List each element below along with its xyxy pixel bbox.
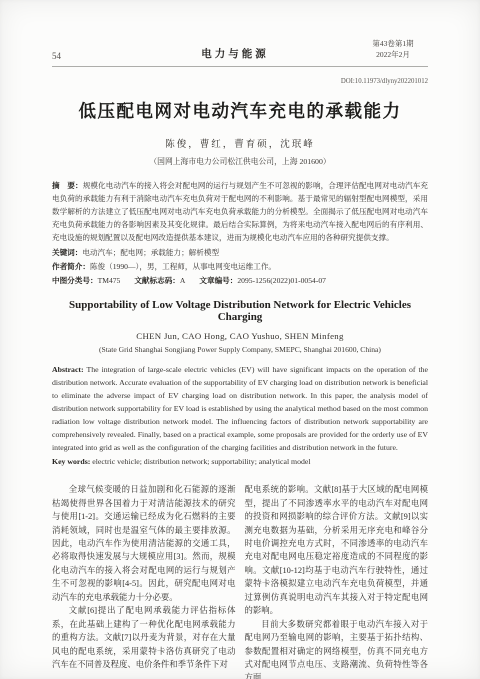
issue-info: 第43卷第1期 2022年2月: [358, 38, 428, 61]
keywords-en-label: Key words:: [52, 457, 90, 466]
body-columns: 全球气候变暖的日益加剧和化石能源的逐渐枯竭使得世界各国着力于对清洁能源技术的研究…: [52, 483, 428, 679]
keywords-cn: 关键词：电动汽车；配电网；承载能力；解析模型: [52, 246, 428, 259]
page-number: 54: [52, 51, 112, 61]
author-bio-text: 陈俊（1990—），男，工程师，从事电网变电运维工作。: [90, 262, 276, 271]
keywords-en-text: electric vehicle; distribution network; …: [92, 457, 310, 466]
article-id-label: 文章编号：: [199, 276, 237, 285]
issue-volume: 第43卷第1期: [358, 38, 428, 49]
body-paragraph: 文献[6]提出了配电网承载能力评估指标体系，在此基础上建构了一种优化配电网承载能…: [52, 604, 236, 671]
journal-title: 电力与能源: [112, 46, 358, 61]
issue-date: 2022年2月: [358, 49, 428, 60]
keywords-cn-label: 关键词：: [52, 248, 82, 257]
affiliation-en: (State Grid Shanghai Songjiang Power Sup…: [52, 345, 428, 354]
scanned-paper-page: 54 电力与能源 第43卷第1期 2022年2月 DOI:10.11973/dl…: [0, 0, 480, 679]
running-header: 54 电力与能源 第43卷第1期 2022年2月: [52, 38, 428, 67]
left-column: 全球气候变暖的日益加剧和化石能源的逐渐枯竭使得世界各国着力于对清洁能源技术的研究…: [52, 483, 236, 679]
right-column: 配电系统的影响。文献[8]基于大区域的配电网模型，提出了不同渗透率水平的电动汽车…: [245, 483, 429, 679]
article-id-value: 2095-1256(2022)01-0054-07: [237, 276, 326, 285]
body-paragraph: 全球气候变暖的日益加剧和化石能源的逐渐枯竭使得世界各国着力于对清洁能源技术的研究…: [52, 483, 236, 604]
abstract-cn-label: 摘 要：: [52, 181, 83, 190]
abstract-en-text: The integration of large-scale electric …: [52, 365, 428, 452]
abstract-cn: 摘 要：规模化电动汽车的接入将会对配电网的运行与规划产生不可忽视的影响，合理评估…: [52, 179, 428, 245]
clc-value: TM475: [98, 276, 121, 285]
doc-code-value: A: [180, 276, 185, 285]
authors-cn: 陈俊，曹红，曹育硕，沈珉峰: [52, 136, 428, 150]
page-content: 54 电力与能源 第43卷第1期 2022年2月 DOI:10.11973/dl…: [52, 38, 428, 679]
abstract-cn-text: 规模化电动汽车的接入将会对配电网的运行与规划产生不可忽视的影响，合理评估配电网对…: [52, 181, 428, 243]
body-paragraph: 目前大多数研究都着眼于电动汽车接入对于配电网乃至输电网的影响，主要基于拓扑结构、…: [245, 618, 429, 679]
doi: DOI:10.11973/dlyny202201012: [52, 78, 428, 85]
clc-label: 中图分类号：: [52, 276, 98, 285]
authors-en: CHEN Jun, CAO Hong, CAO Yushuo, SHEN Min…: [52, 331, 428, 341]
affiliation-cn: （国网上海市电力公司松江供电公司，上海 201600）: [52, 156, 428, 167]
body-paragraph: 配电系统的影响。文献[8]基于大区域的配电网模型，提出了不同渗透率水平的电动汽车…: [245, 483, 429, 617]
author-bio-label: 作者简介：: [52, 262, 90, 271]
abstract-en: Abstract: The integration of large-scale…: [52, 363, 428, 454]
author-bio: 作者简介：陈俊（1990—），男，工程师，从事电网变电运维工作。: [52, 260, 428, 273]
paper-title-cn: 低压配电网对电动汽车充电的承载能力: [52, 98, 428, 123]
doc-code-label: 文献标志码：: [134, 276, 180, 285]
paper-title-en: Supportability of Low Voltage Distributi…: [52, 299, 428, 323]
keywords-cn-text: 电动汽车；配电网；承载能力；解析模型: [82, 248, 219, 257]
keywords-en: Key words: electric vehicle; distributio…: [52, 455, 428, 468]
classification-line: 中图分类号：TM475文献标志码：A文章编号：2095-1256(2022)01…: [52, 274, 428, 287]
abstract-en-label: Abstract:: [52, 365, 84, 374]
